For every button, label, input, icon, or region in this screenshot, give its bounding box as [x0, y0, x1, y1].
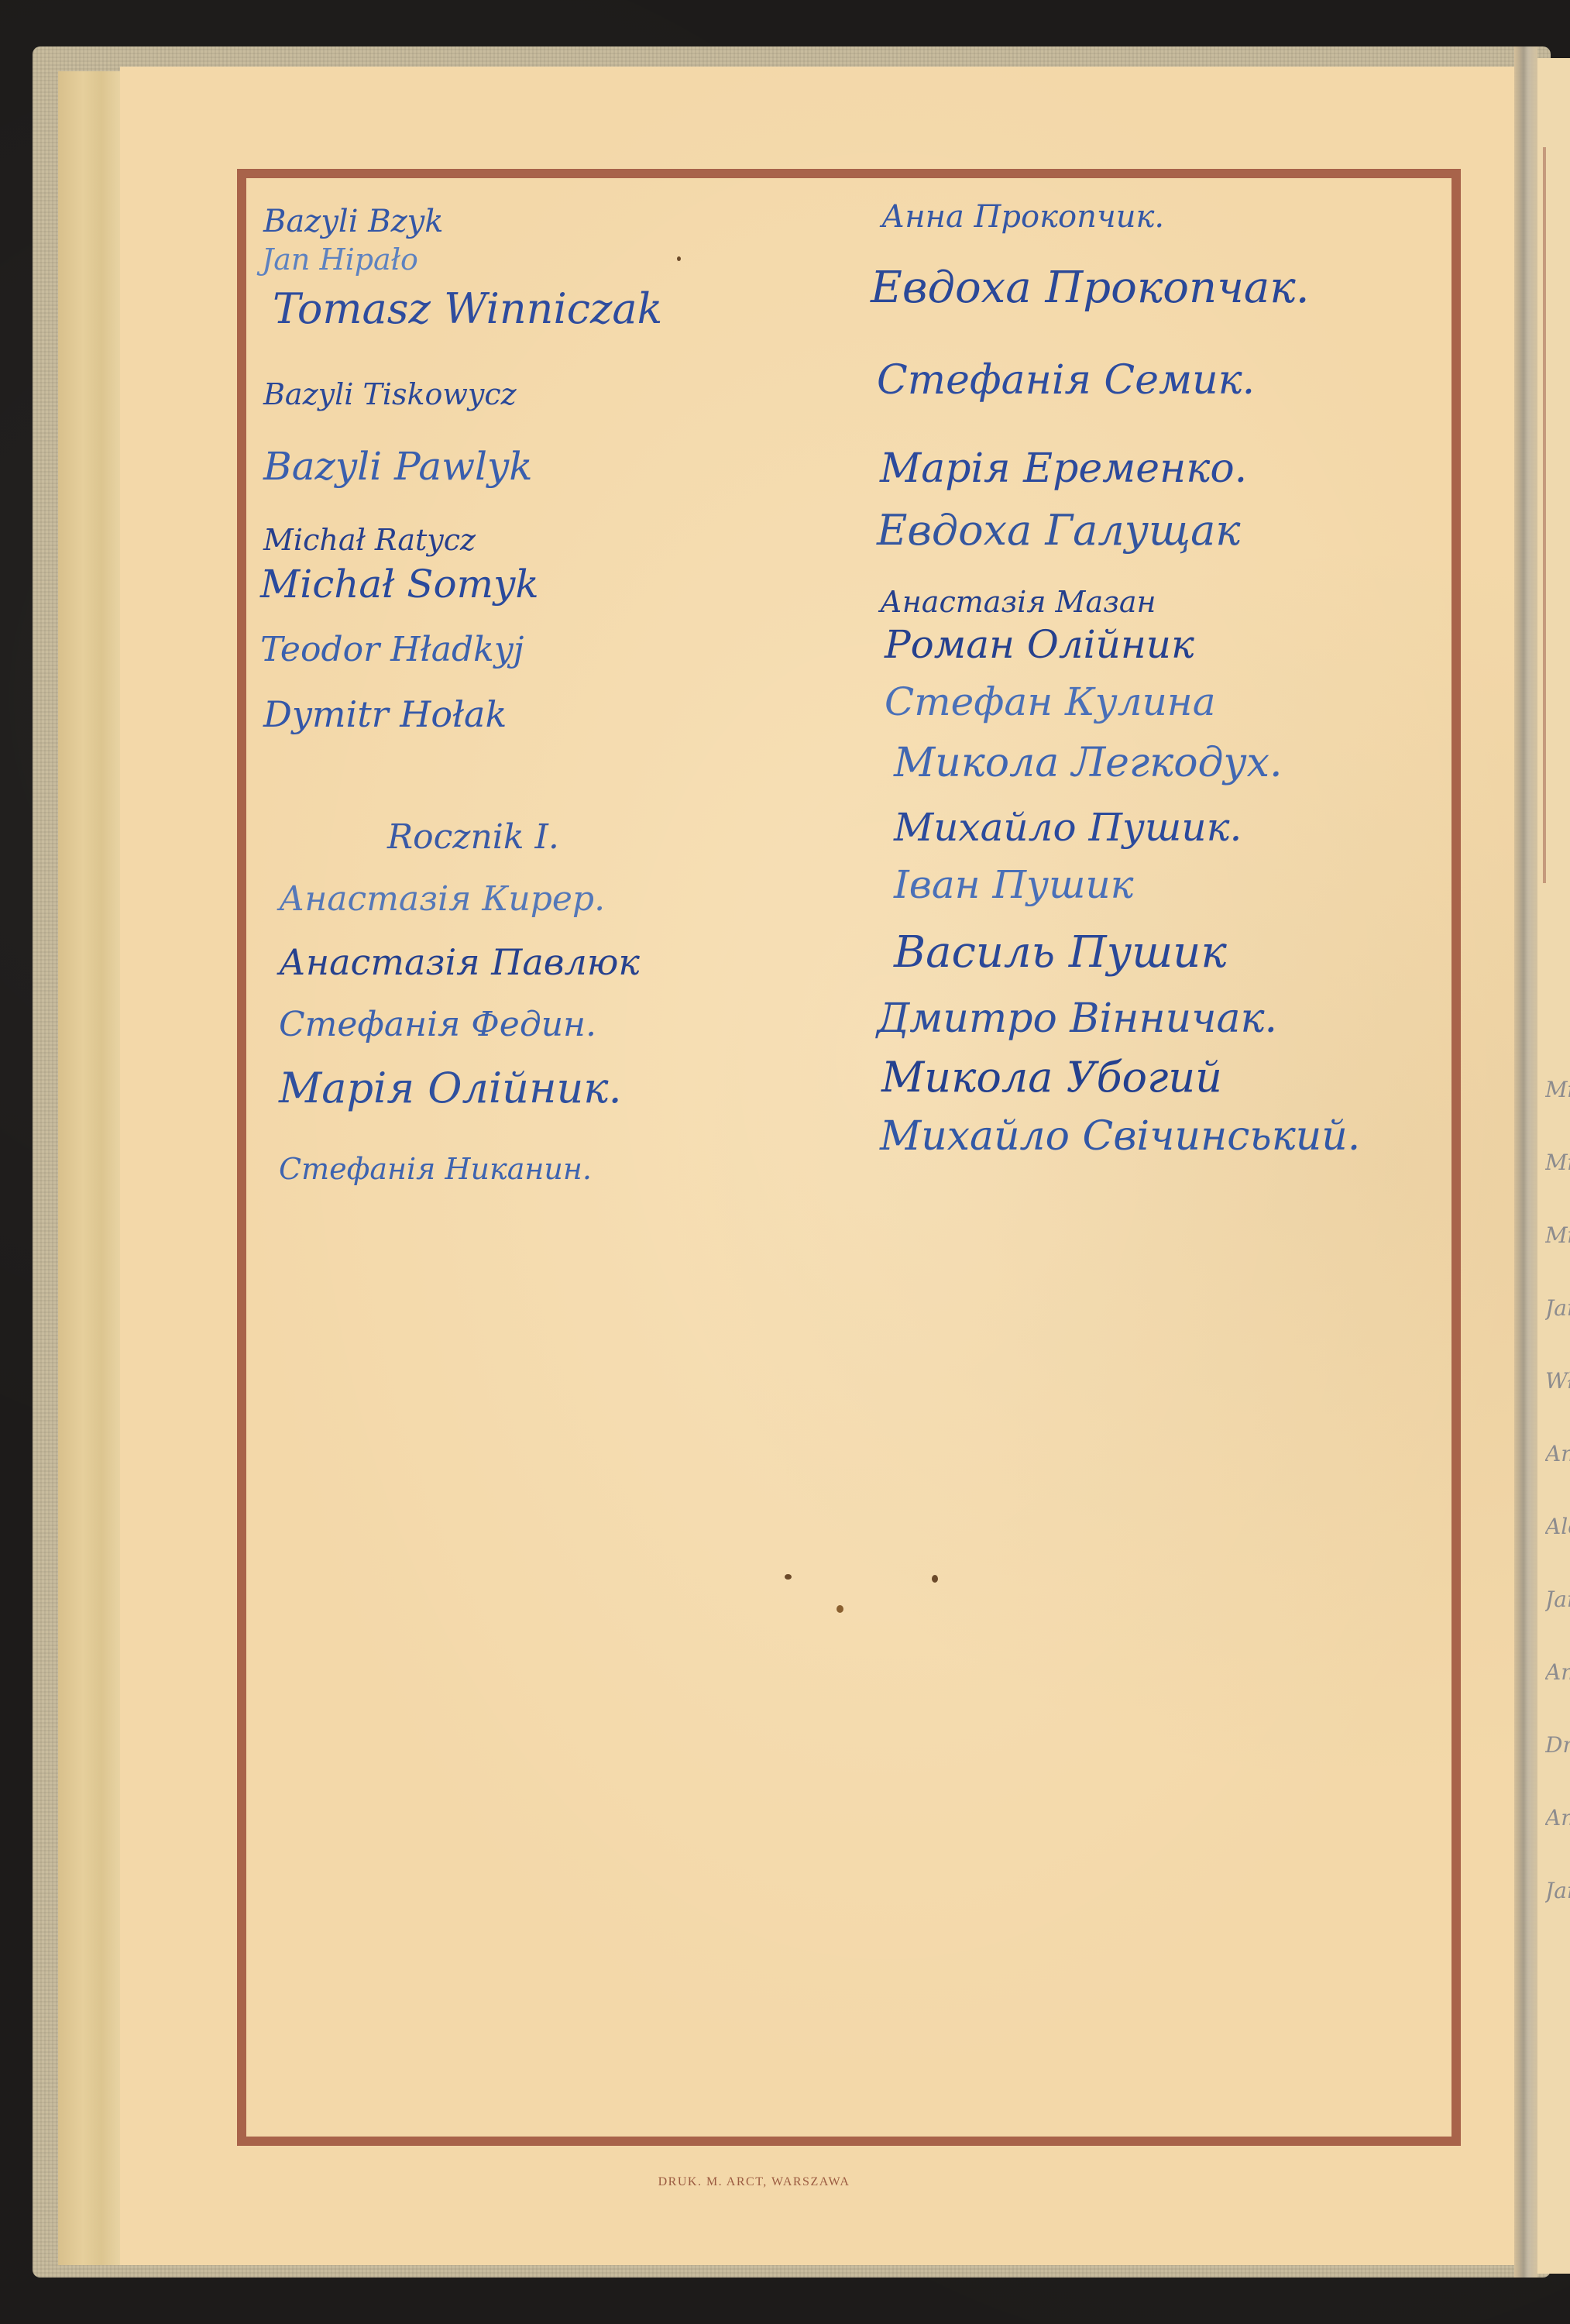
signature: Dymitr Hołak: [263, 693, 507, 735]
page-block-edge: [58, 71, 121, 2265]
adjacent-fragment: Mich: [1545, 1054, 1570, 1126]
signature: Анастазія Мазан: [880, 585, 1156, 619]
book-gutter: [1514, 46, 1537, 2278]
signature: Дмитро Вінничак.: [877, 995, 1277, 1042]
printer-imprint-text: DRUK. M. ARCT, WARSZAWA: [658, 2175, 850, 2188]
signature: Анна Прокопчик.: [881, 199, 1164, 235]
adjacent-fragment: Dmy: [1545, 1709, 1570, 1782]
signature: Анастазія Павлюк: [279, 941, 640, 983]
adjacent-fragment: Micha: [1545, 1199, 1570, 1272]
signature: Анастазія Кирер.: [279, 879, 605, 919]
adjacent-fragment: Andr: [1545, 1418, 1570, 1490]
adjacent-fragment: Jan: [1545, 1563, 1570, 1636]
signature: Михайло Пушик.: [894, 805, 1242, 850]
signature: Микола Убогий: [881, 1053, 1222, 1102]
signature: Роман Олійник: [885, 622, 1194, 667]
adjacent-fragment: Wład: [1545, 1345, 1570, 1418]
signature: Микола Легкодух.: [894, 740, 1283, 786]
signature: Марія Олійник.: [279, 1064, 622, 1112]
adjacent-page-ornament: [1543, 147, 1570, 883]
signature: Michał Somyk: [260, 562, 539, 607]
signature: Стефанія Семик.: [877, 357, 1255, 404]
signature: Bazyli Tiskowycz: [263, 377, 517, 411]
foxing-spot: [932, 1575, 938, 1583]
adjacent-fragment: Jan: [1545, 1855, 1570, 1927]
signature: Tomasz Winniczak: [273, 284, 662, 333]
adjacent-fragment: Jan: [1545, 1272, 1570, 1345]
signature: Марія Еременко.: [880, 445, 1247, 492]
foxing-spot: [837, 1605, 843, 1613]
signature: Bazyli Bzyk: [263, 204, 444, 239]
signature: Bazyli Pawlyk: [263, 444, 533, 489]
signature: Teodor Hładkyj: [260, 630, 524, 669]
signature: Михайло Свічинський.: [880, 1113, 1360, 1160]
signature: Василь Пушик: [894, 927, 1227, 978]
foxing-spot: [677, 256, 681, 261]
adjacent-page-handwriting: Mich Mich Micha Jan Wład Andr Alek Jan A…: [1545, 1054, 1570, 2022]
adjacent-fragment: Andr: [1545, 1636, 1570, 1709]
section-heading: Rocznik I.: [387, 817, 559, 857]
adjacent-fragment: Andr: [1545, 1782, 1570, 1855]
adjacent-fragment: Alek: [1545, 1490, 1570, 1563]
foxing-spot: [785, 1574, 792, 1580]
printer-imprint: DRUK. M. ARCT, WARSZAWA: [0, 2175, 1570, 2189]
signature: Michał Ratycz: [263, 523, 476, 557]
signature: Евдоха Прокопчак.: [871, 263, 1310, 313]
signature: Іван Пушик: [894, 862, 1134, 907]
signature: Стефанія Федин.: [279, 1005, 596, 1044]
signature: Jan Hipało: [262, 242, 418, 277]
signature: Евдоха Галущак: [877, 506, 1241, 555]
signature: Стефан Кулина: [885, 679, 1216, 724]
signature: Стефанія Никанин.: [279, 1152, 592, 1186]
adjacent-fragment: Mich: [1545, 1126, 1570, 1199]
